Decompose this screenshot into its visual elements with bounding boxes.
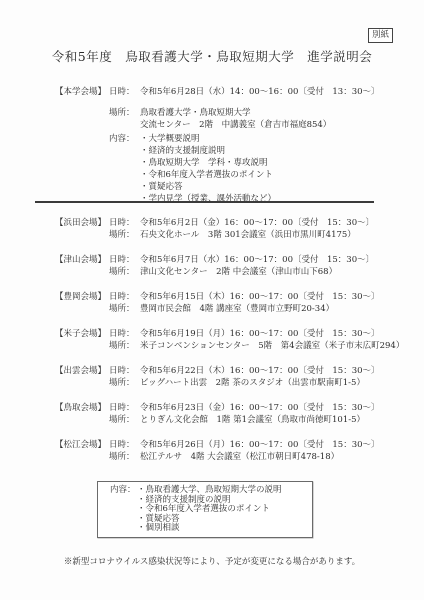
content-item: ・鳥取短期大学 学科・専攻説明	[140, 157, 424, 169]
place-value: 米子コンベンションセンター 5階 第4会議室（米子市末広町294）	[140, 340, 424, 352]
main-venue-content-row: 内容： ・大学概要説明	[0, 133, 424, 145]
place-label: 場所：	[109, 229, 140, 241]
section-divider	[35, 201, 374, 203]
venue-datetime-row: 【出雲会場】 日時： 令和5年6月22日（木）16：00～17：00〔受付 15…	[0, 365, 424, 377]
content-label: 内容：	[110, 486, 137, 496]
venue-datetime-row: 【松江会場】 日時： 令和5年6月26日（月）16：00～17：00〔受付 15…	[0, 439, 424, 451]
venue-place-row: 場所： 松江テルサ 4階 大会議室（松江市朝日町478-18）	[0, 451, 424, 463]
venue-label: 【米子会場】	[55, 328, 109, 340]
place-label: 場所：	[109, 340, 140, 352]
venue-block-yonago: 【米子会場】 日時： 令和5年6月19日（月）16：00～17：00〔受付 15…	[0, 328, 424, 352]
datetime-label: 日時：	[109, 217, 140, 229]
place-value-line1: 鳥取看護大学・鳥取短期大学	[140, 107, 424, 119]
datetime-label: 日時：	[109, 402, 140, 414]
venue-datetime-row: 【津山会場】 日時： 令和5年6月7日（水）16：00～17：00〔受付 15：…	[0, 254, 424, 266]
datetime-value: 令和5年6月15日（木）16：00～17：00〔受付 15：30～〕	[140, 291, 424, 303]
spacer-cell	[110, 515, 137, 525]
place-value: とりぎん文化会館 1階 第1会議室（鳥取市尚徳町101-5）	[140, 414, 424, 426]
covid-footnote: ※新型コロナウイルス感染状況等により、予定が変更になる場合があります。	[0, 556, 424, 568]
venue-label: 【出雲会場】	[55, 365, 109, 377]
datetime-value: 令和5年6月7日（水）16：00～17：00〔受付 15：30～〕	[140, 254, 424, 266]
main-venue-place-row: 場所： 鳥取看護大学・鳥取短期大学	[0, 107, 424, 119]
main-venue-section: 【本学会場】 日時： 令和5年6月28日（水）14：00～16：00〔受付 13…	[0, 86, 424, 205]
datetime-value: 令和5年6月23日（金）16：00～17：00〔受付 15：30～〕	[140, 402, 424, 414]
venue-datetime-row: 【浜田会場】 日時： 令和5年6月2日（金）16：00～17：00〔受付 15：…	[0, 217, 424, 229]
main-venue-content-row: ・質疑応答	[0, 181, 424, 193]
place-value: ビッグハート出雲 2階 茶のスタジオ（出雲市駅南町1-5）	[140, 377, 424, 389]
venue-label: 【浜田会場】	[55, 217, 109, 229]
datetime-value: 令和5年6月22日（木）16：00～17：00〔受付 15：30～〕	[140, 365, 424, 377]
datetime-label: 日時：	[109, 254, 140, 266]
datetime-value: 令和5年6月28日（水）14：00～16：00〔受付 13：30～〕	[140, 86, 424, 98]
datetime-label: 日時：	[109, 291, 140, 303]
venue-block-tottori: 【鳥取会場】 日時： 令和5年6月23日（金）16：00～17：00〔受付 15…	[0, 402, 424, 426]
content-item: ・経済的支援制度説明	[140, 145, 424, 157]
datetime-value: 令和5年6月26日（月）16：00～17：00〔受付 15：30～〕	[140, 439, 424, 451]
place-value: 津山文化センター 2階 中会議室（津山市山下68）	[140, 266, 424, 278]
place-value-line2: 交流センター 2階 中講義室（倉吉市福庭854）	[140, 119, 424, 131]
datetime-label: 日時：	[109, 328, 140, 340]
content-label: 内容：	[109, 133, 140, 145]
datetime-label: 日時：	[109, 365, 140, 377]
place-label: 場所：	[109, 414, 140, 426]
content-box-row: ・個別相談	[110, 524, 312, 534]
venue-datetime-row: 【鳥取会場】 日時： 令和5年6月23日（金）16：00～17：00〔受付 15…	[0, 402, 424, 414]
regional-venues-list: 【浜田会場】 日時： 令和5年6月2日（金）16：00～17：00〔受付 15：…	[0, 217, 424, 476]
document-page: 別紙 令和5年度 鳥取看護大学・鳥取短期大学 進学説明会 【本学会場】 日時： …	[0, 0, 424, 600]
datetime-value: 令和5年6月2日（金）16：00～17：00〔受付 15：30～〕	[140, 217, 424, 229]
venue-datetime-row: 【豊岡会場】 日時： 令和5年6月15日（木）16：00～17：00〔受付 15…	[0, 291, 424, 303]
spacer-cell	[110, 505, 137, 515]
place-label: 場所：	[109, 303, 140, 315]
main-venue-content-row: ・令和6年度入学者選抜のポイント	[0, 169, 424, 181]
venue-block-izumo: 【出雲会場】 日時： 令和5年6月22日（木）16：00～17：00〔受付 15…	[0, 365, 424, 389]
venue-place-row: 場所： とりぎん文化会館 1階 第1会議室（鳥取市尚徳町101-5）	[0, 414, 424, 426]
venue-place-row: 場所： ビッグハート出雲 2階 茶のスタジオ（出雲市駅南町1-5）	[0, 377, 424, 389]
venue-place-row: 場所： 米子コンベンションセンター 5階 第4会議室（米子市末広町294）	[0, 340, 424, 352]
venue-label: 【本学会場】	[55, 86, 109, 98]
venue-place-row: 場所： 津山文化センター 2階 中会議室（津山市山下68）	[0, 266, 424, 278]
venue-label: 【鳥取会場】	[55, 402, 109, 414]
main-venue-place-row2: 交流センター 2階 中講義室（倉吉市福庭854）	[0, 119, 424, 131]
main-venue-datetime-row: 【本学会場】 日時： 令和5年6月28日（水）14：00～16：00〔受付 13…	[0, 86, 424, 98]
place-label: 場所：	[109, 451, 140, 463]
content-item: ・令和6年度入学者選抜のポイント	[140, 169, 424, 181]
content-summary-box: 内容： ・鳥取看護大学、鳥取短期大学の説明 ・経済的支援制度の説明 ・令和6年度…	[97, 481, 313, 538]
venue-block-hamada: 【浜田会場】 日時： 令和5年6月2日（金）16：00～17：00〔受付 15：…	[0, 217, 424, 241]
main-venue-content-row: ・学内見学（授業、課外活動など）	[0, 193, 424, 205]
content-item: ・大学概要説明	[140, 133, 424, 145]
datetime-value: 令和5年6月19日（月）16：00～17：00〔受付 15：30～〕	[140, 328, 424, 340]
place-value: 松江テルサ 4階 大会議室（松江市朝日町478-18）	[140, 451, 424, 463]
content-item: ・学内見学（授業、課外活動など）	[140, 193, 424, 205]
spacer-cell	[110, 496, 137, 506]
content-item: ・質疑応答	[140, 181, 424, 193]
datetime-label: 日時：	[109, 86, 140, 98]
venue-place-row: 場所： 石央文化ホール 3階 301会議室（浜田市黒川町4175）	[0, 229, 424, 241]
venue-place-row: 場所： 豊岡市民会館 4階 講座室（豊岡市立野町20-34）	[0, 303, 424, 315]
place-value: 石央文化ホール 3階 301会議室（浜田市黒川町4175）	[140, 229, 424, 241]
venue-block-matsue: 【松江会場】 日時： 令和5年6月26日（月）16：00～17：00〔受付 15…	[0, 439, 424, 463]
page-title: 令和5年度 鳥取看護大学・鳥取短期大学 進学説明会	[0, 49, 424, 65]
venue-block-tsuyama: 【津山会場】 日時： 令和5年6月7日（水）16：00～17：00〔受付 15：…	[0, 254, 424, 278]
datetime-label: 日時：	[109, 439, 140, 451]
main-venue-content-row: ・経済的支援制度説明	[0, 145, 424, 157]
venue-label: 【豊岡会場】	[55, 291, 109, 303]
spacer	[0, 98, 424, 107]
place-label: 場所：	[109, 107, 140, 119]
main-venue-content-row: ・鳥取短期大学 学科・専攻説明	[0, 157, 424, 169]
venue-label: 【津山会場】	[55, 254, 109, 266]
venue-datetime-row: 【米子会場】 日時： 令和5年6月19日（月）16：00～17：00〔受付 15…	[0, 328, 424, 340]
place-label: 場所：	[109, 377, 140, 389]
venue-block-toyooka: 【豊岡会場】 日時： 令和5年6月15日（木）16：00～17：00〔受付 15…	[0, 291, 424, 315]
place-label: 場所：	[109, 266, 140, 278]
venue-label: 【松江会場】	[55, 439, 109, 451]
corner-tag-besshi: 別紙	[368, 28, 393, 43]
spacer-cell	[110, 524, 137, 534]
place-value: 豊岡市民会館 4階 講座室（豊岡市立野町20-34）	[140, 303, 424, 315]
content-item: ・個別相談	[137, 524, 312, 534]
